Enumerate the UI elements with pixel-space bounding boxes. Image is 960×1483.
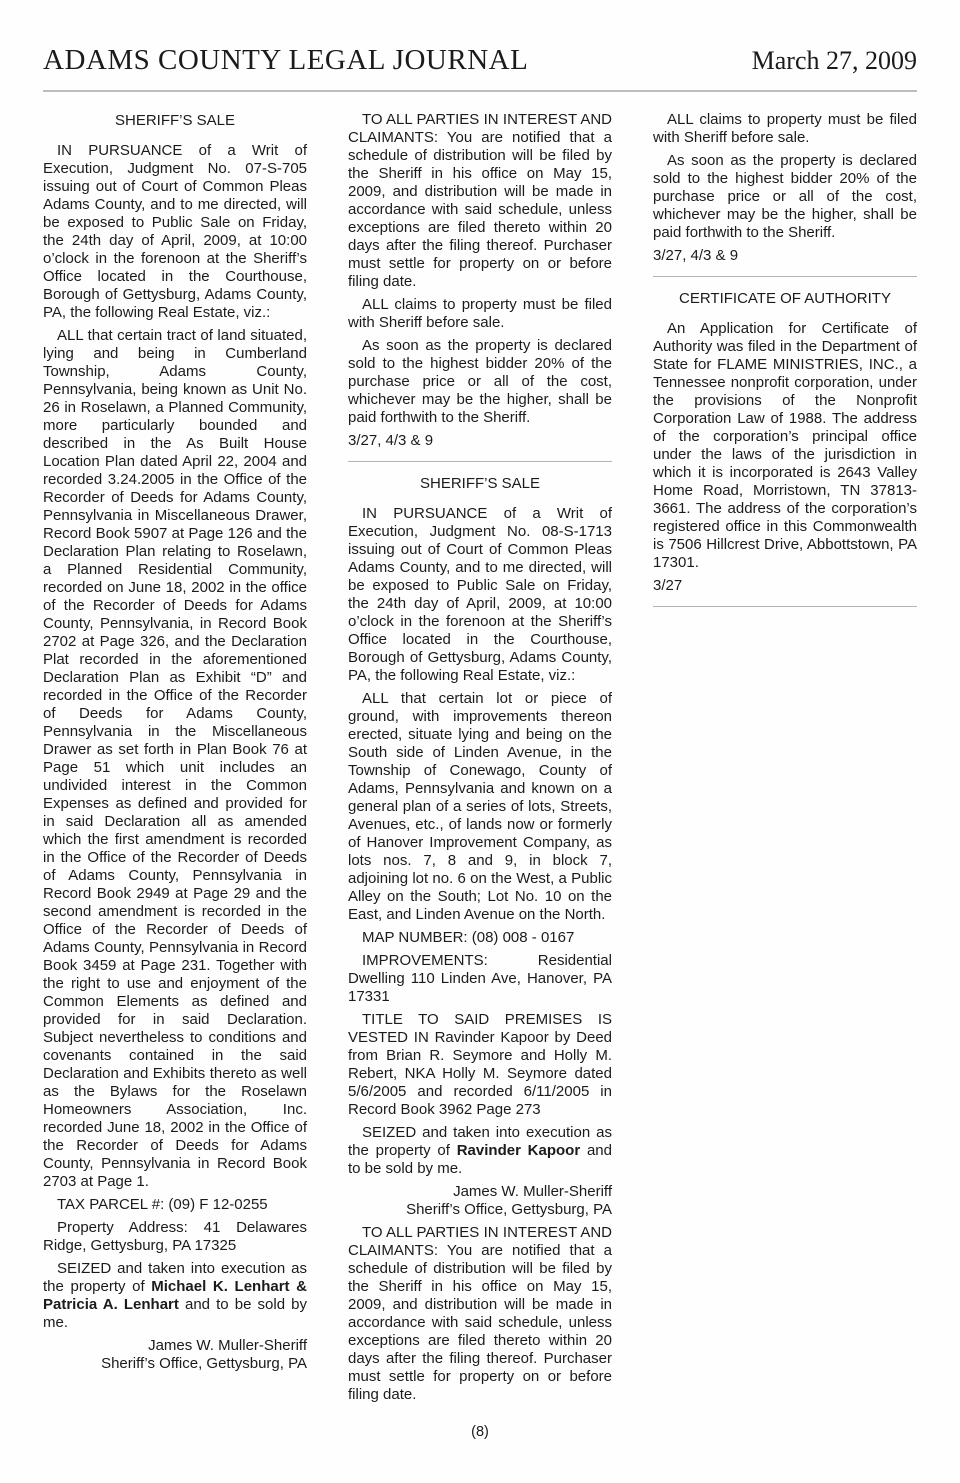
journal-page: ADAMS COUNTY LEGAL JOURNAL March 27, 200… <box>0 0 960 1483</box>
signature-office: Sheriff’s Office, Gettysburg, PA <box>348 1201 612 1219</box>
notice-paragraph: ALL claims to property must be filed wit… <box>348 296 612 332</box>
notice-paragraph: TO ALL PARTIES IN INTEREST AND CLAIMANTS… <box>348 1224 612 1404</box>
signature-office: Sheriff’s Office, Gettysburg, PA <box>43 1355 307 1373</box>
tax-parcel-line: TAX PARCEL #: (09) F 12-0255 <box>43 1196 307 1214</box>
title-vested-paragraph: TITLE TO SAID PREMISES IS VESTED IN Ravi… <box>348 1011 612 1119</box>
journal-title: ADAMS COUNTY LEGAL JOURNAL <box>43 44 528 77</box>
notice-heading: SHERIFF’S SALE <box>43 112 307 130</box>
column-left: SHERIFF’S SALE IN PURSUANCE of a Writ of… <box>43 111 307 1409</box>
notice-paragraph: IN PURSUANCE of a Writ of Execution, Jud… <box>348 505 612 685</box>
signature-name: James W. Muller-Sheriff <box>348 1183 612 1201</box>
notice-paragraph: ALL that certain lot or piece of ground,… <box>348 690 612 924</box>
signature-block: James W. Muller-Sheriff Sheriff’s Office… <box>348 1183 612 1219</box>
notice-divider <box>348 461 612 462</box>
map-number-line: MAP NUMBER: (08) 008 - 0167 <box>348 929 612 947</box>
notice-heading: CERTIFICATE OF AUTHORITY <box>653 290 917 308</box>
signature-name: James W. Muller-Sheriff <box>43 1337 307 1355</box>
issue-date: March 27, 2009 <box>752 46 917 76</box>
notice-paragraph: As soon as the property is declared sold… <box>348 337 612 427</box>
masthead: ADAMS COUNTY LEGAL JOURNAL March 27, 200… <box>43 44 917 77</box>
page-footer: (8) <box>0 1424 960 1440</box>
notice-paragraph: IN PURSUANCE of a Writ of Execution, Jud… <box>43 142 307 322</box>
notice-divider <box>653 606 917 607</box>
property-address-line: Property Address: 41 Delawares Ridge, Ge… <box>43 1219 307 1255</box>
column-right: ALL claims to property must be filed wit… <box>653 111 917 1409</box>
run-dates-line: 3/27 <box>653 577 917 595</box>
notice-paragraph: An Application for Certificate of Author… <box>653 320 917 572</box>
run-dates-line: 3/27, 4/3 & 9 <box>348 432 612 450</box>
notice-paragraph: ALL that certain tract of land situated,… <box>43 327 307 1191</box>
notices-content: SHERIFF’S SALE IN PURSUANCE of a Writ of… <box>43 111 917 1409</box>
page-number: (8) <box>471 1424 489 1440</box>
masthead-rule <box>43 90 917 92</box>
signature-block: James W. Muller-Sheriff Sheriff’s Office… <box>43 1337 307 1373</box>
seized-paragraph: SEIZED and taken into execution as the p… <box>43 1260 307 1332</box>
notice-divider <box>653 276 917 277</box>
defendant-name: Ravinder Kapoor <box>457 1142 580 1159</box>
notice-paragraph: ALL claims to property must be filed wit… <box>653 111 917 147</box>
notice-paragraph: TO ALL PARTIES IN INTEREST AND CLAIMANTS… <box>348 111 612 291</box>
seized-paragraph: SEIZED and taken into execution as the p… <box>348 1124 612 1178</box>
improvements-line: IMPROVEMENTS: Residential Dwelling 110 L… <box>348 952 612 1006</box>
notice-heading: SHERIFF’S SALE <box>348 475 612 493</box>
column-center: TO ALL PARTIES IN INTEREST AND CLAIMANTS… <box>348 111 612 1409</box>
run-dates-line: 3/27, 4/3 & 9 <box>653 247 917 265</box>
notice-paragraph: As soon as the property is declared sold… <box>653 152 917 242</box>
